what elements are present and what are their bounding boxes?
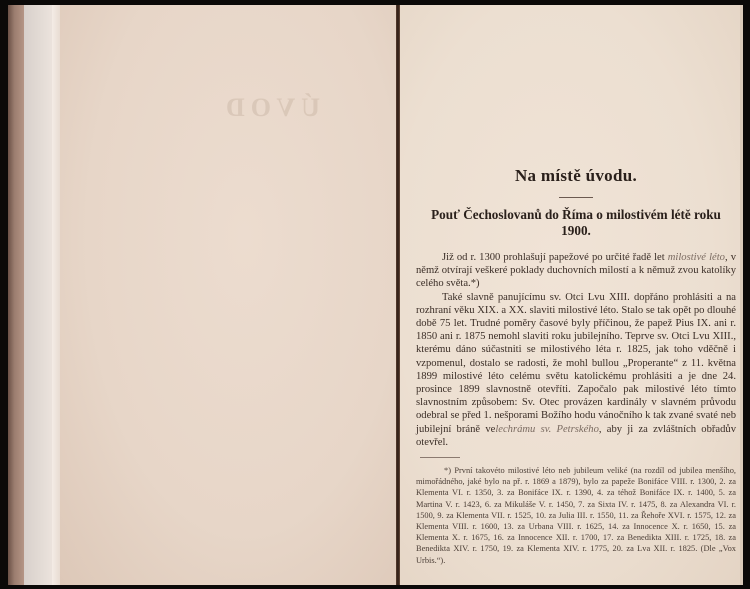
book-cover-edge: [8, 5, 24, 585]
open-book: ÚVOD Na místě úvodu. Pouť Čechoslovanů d…: [0, 0, 750, 589]
bleed-through-text: ÚVOD: [140, 93, 400, 123]
page-stack-edge: [24, 5, 54, 585]
page-stack-highlight: [52, 5, 60, 585]
footnote-divider: [420, 457, 460, 458]
paragraph-text: Již od r. 1300 prohlašují papežové po ur…: [442, 252, 668, 263]
title-divider: [559, 197, 593, 198]
page-content: Na místě úvodu. Pouť Čechoslovanů do Řím…: [416, 165, 736, 566]
body-text: Již od r. 1300 prohlašují papežové po ur…: [416, 251, 736, 449]
paragraph: Již od r. 1300 prohlašují papežové po ur…: [416, 251, 736, 291]
right-page: Na místě úvodu. Pouť Čechoslovanů do Řím…: [400, 5, 740, 585]
italic-phrase: milostivé léto: [668, 252, 725, 263]
chapter-title: Na místě úvodu.: [416, 165, 736, 187]
italic-phrase: lechrámu sv. Petrského: [495, 424, 599, 435]
section-title: Pouť Čechoslovanů do Říma o milostivém l…: [416, 207, 736, 239]
right-page-edge: [740, 5, 743, 585]
footnote: *) První takovéto milostivé léto neb jub…: [416, 465, 736, 566]
left-page: ÚVOD: [60, 5, 396, 585]
paragraph: Také slavně panujícímu sv. Otci Lvu XIII…: [416, 291, 736, 449]
paragraph-text: Také slavně panujícímu sv. Otci Lvu XIII…: [416, 292, 736, 435]
